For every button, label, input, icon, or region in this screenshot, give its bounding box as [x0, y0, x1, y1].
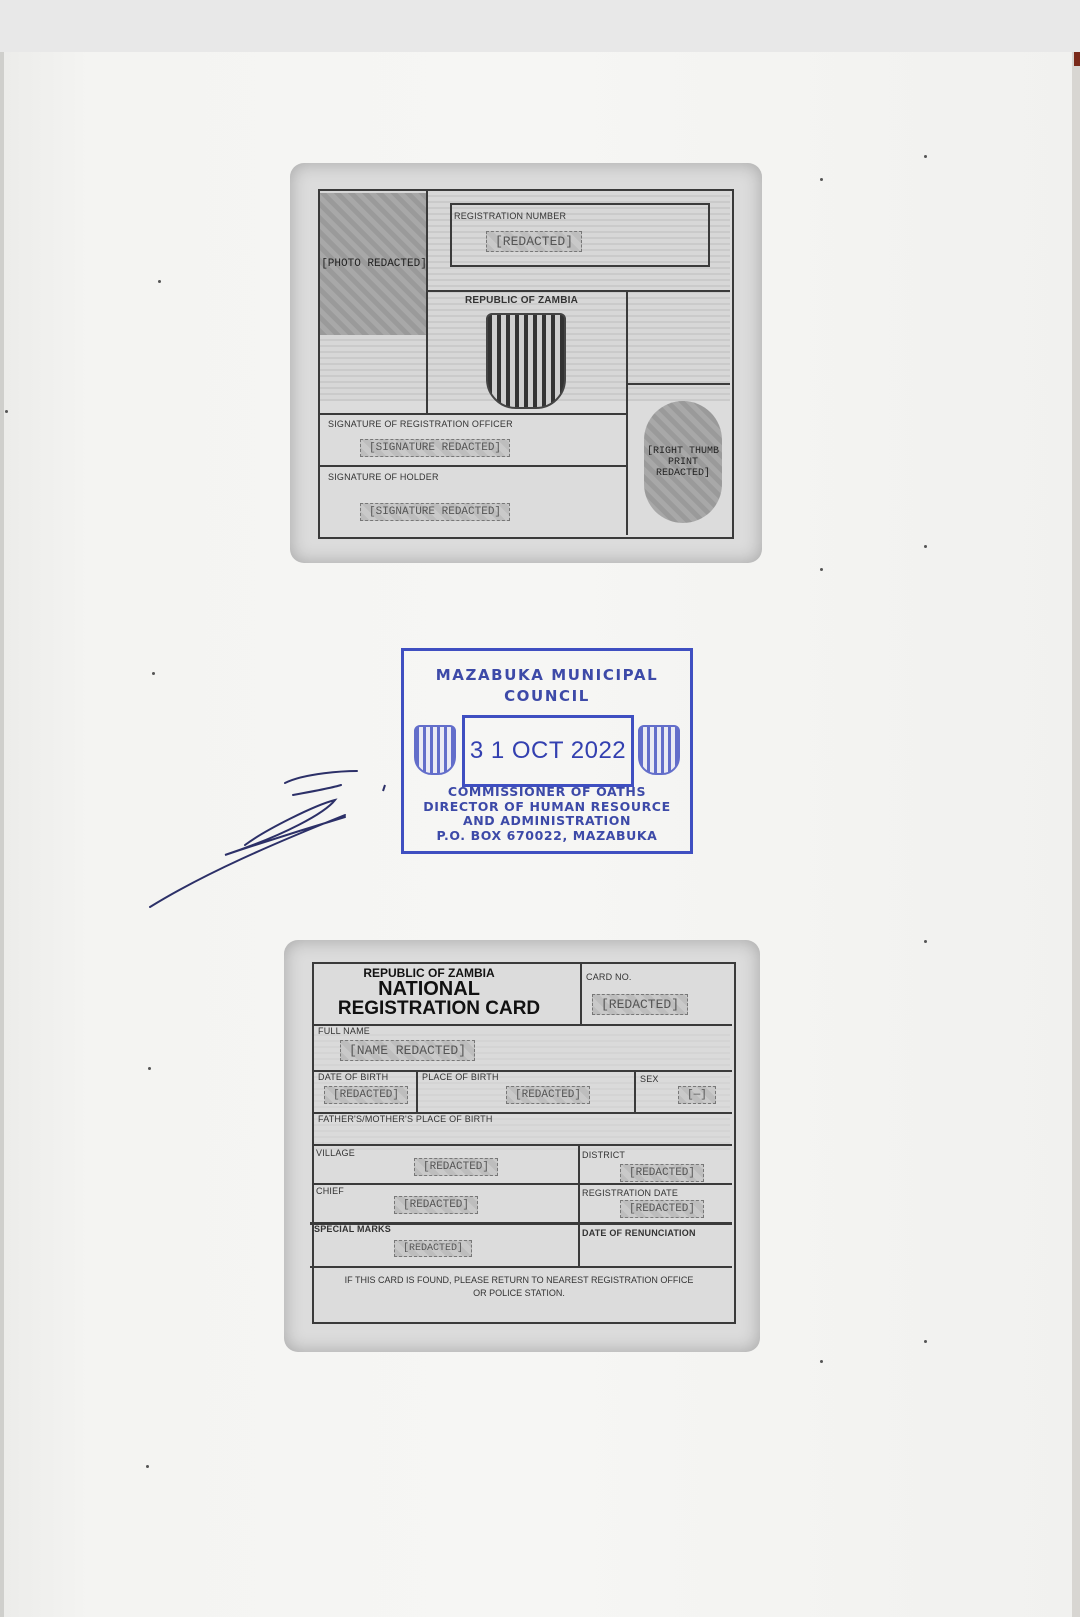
speck — [924, 155, 927, 158]
village-label: Village — [316, 1148, 355, 1158]
dob-value: [REDACTED] — [324, 1086, 408, 1104]
commissioner-signature-icon — [145, 765, 395, 915]
place-of-birth-value: [REDACTED] — [506, 1086, 590, 1104]
district-label: District — [582, 1150, 625, 1160]
registration-number-label: Registration Number — [454, 211, 566, 221]
sex-label: Sex — [640, 1074, 659, 1084]
speck — [158, 280, 161, 283]
top-bar — [0, 0, 1080, 52]
registration-date-label: Registration Date — [582, 1188, 678, 1198]
divider — [320, 413, 628, 415]
registration-number-value: [REDACTED] — [486, 231, 582, 252]
speck — [152, 672, 155, 675]
return-notice-line2: OR POLICE STATION. — [324, 1287, 714, 1300]
stamp-issuer-line2: COUNCIL — [404, 686, 690, 707]
parents-place-of-birth-label: Father's/Mother's Place of Birth — [318, 1114, 493, 1124]
id-card-back: [PHOTO REDACTED] Registration Number [RE… — [290, 163, 762, 563]
registration-date-value: [REDACTED] — [620, 1200, 704, 1218]
speck — [5, 410, 8, 413]
stamp-address: P.O. BOX 670022, MAZABUKA — [404, 829, 690, 844]
village-value: [REDACTED] — [414, 1158, 498, 1176]
sex-value: [—] — [678, 1086, 716, 1104]
card-title-line2: REGISTRATION CARD — [294, 998, 584, 1020]
special-marks-label: Special Marks — [314, 1224, 391, 1234]
coat-of-arms-icon — [486, 313, 566, 409]
full-name-value: [NAME REDACTED] — [340, 1040, 475, 1061]
speck — [148, 1067, 151, 1070]
divider — [320, 465, 628, 467]
holder-signature-label: Signature of Holder — [328, 472, 439, 482]
dob-label: Date of Birth — [318, 1072, 388, 1082]
id-card-front: REPUBLIC OF ZAMBIA NATIONAL REGISTRATION… — [284, 940, 760, 1352]
commissioner-of-oaths-stamp: MAZABUKA MUNICIPAL COUNCIL 3 1 OCT 2022 … — [401, 648, 693, 854]
country-label: Republic of Zambia — [465, 295, 578, 306]
chief-label: Chief — [316, 1186, 344, 1196]
thumbprint-placeholder: [RIGHT THUMB PRINT REDACTED] — [644, 401, 722, 523]
stamp-role-line2: DIRECTOR OF HUMAN RESOURCE — [404, 800, 690, 815]
divider — [312, 1144, 732, 1146]
coat-of-arms-icon — [638, 725, 680, 775]
officer-signature: [SIGNATURE REDACTED] — [360, 439, 510, 457]
stamp-role-line1: COMMISSIONER OF OATHS — [404, 785, 690, 800]
speck — [820, 178, 823, 181]
divider — [580, 964, 582, 1024]
return-notice-line1: IF THIS CARD IS FOUND, PLEASE RETURN TO … — [324, 1274, 714, 1287]
divider — [578, 1144, 580, 1266]
card-no-value: [REDACTED] — [592, 994, 688, 1015]
district-value: [REDACTED] — [620, 1164, 704, 1182]
speck — [924, 545, 927, 548]
stamp-date: 3 1 OCT 2022 — [462, 715, 634, 787]
stamp-role-line3: AND ADMINISTRATION — [404, 814, 690, 829]
divider — [312, 1183, 732, 1185]
holder-signature: [SIGNATURE REDACTED] — [360, 503, 510, 521]
card-no-label: Card No. — [586, 972, 632, 982]
paper-edge — [1072, 52, 1080, 1617]
divider — [626, 383, 730, 385]
divider — [314, 1024, 732, 1026]
divider — [416, 1070, 418, 1112]
holder-photo-placeholder: [PHOTO REDACTED] — [320, 193, 428, 335]
stamp-issuer: MAZABUKA MUNICIPAL COUNCIL — [404, 665, 690, 707]
stamp-issuer-line1: MAZABUKA MUNICIPAL — [404, 665, 690, 686]
special-marks-value: [REDACTED] — [394, 1240, 472, 1257]
coat-of-arms-icon — [414, 725, 456, 775]
full-name-label: Full Name — [318, 1026, 370, 1036]
divider — [426, 290, 730, 292]
speck — [146, 1465, 149, 1468]
speck — [820, 568, 823, 571]
officer-signature-label: Signature of Registration Officer — [328, 419, 513, 429]
speck — [820, 1360, 823, 1363]
stamp-role: COMMISSIONER OF OATHS DIRECTOR OF HUMAN … — [404, 785, 690, 843]
speck — [924, 940, 927, 943]
place-of-birth-label: Place of Birth — [422, 1072, 499, 1082]
chief-value: [REDACTED] — [394, 1196, 478, 1214]
renunciation-label: Date of Renunciation — [582, 1228, 696, 1238]
divider — [426, 191, 428, 413]
divider — [310, 1266, 732, 1268]
speck — [924, 1340, 927, 1343]
divider — [634, 1070, 636, 1112]
